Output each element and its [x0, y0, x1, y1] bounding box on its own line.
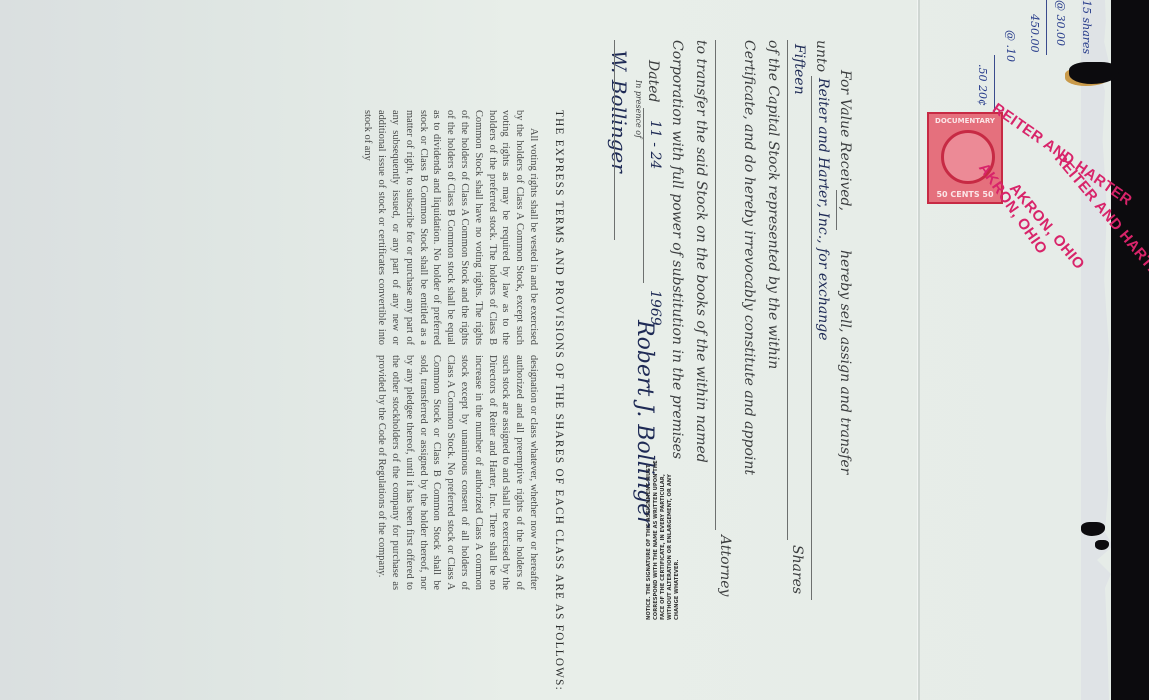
fold-line [918, 0, 920, 700]
note-shares: 15 shares [1080, 0, 1093, 54]
note-subtotal: 450.00 [1028, 14, 1041, 53]
share-count: Fifteen [791, 44, 807, 95]
assignee-name: Reiter and Harter, Inc., for exchange [815, 78, 831, 341]
document-page: reed 15 shares @ 30.00 450.00 @ .10 .50 … [0, 0, 1149, 700]
note-rate: @ .10 [1004, 30, 1017, 62]
note-price: @ 30.00 [1054, 0, 1067, 46]
note-tax: .50 20¢ [976, 64, 989, 106]
date-handwritten: 11 - 24 [647, 120, 663, 169]
witness-signature: W. Bollinger [607, 50, 631, 173]
terms-paragraph-column-1: All voting rights shall be vested in and… [361, 110, 540, 345]
terms-paragraph-column-2: designation or class whatever, whether n… [374, 355, 540, 590]
margin-notes: reed 15 shares @ 30.00 450.00 @ .10 .50 … [929, 0, 1089, 120]
scan-background [1111, 0, 1149, 700]
terms-heading: THE EXPRESS TERMS AND PROVISIONS OF THE … [549, 110, 565, 610]
signature-notice: NOTICE. THE SIGNATURE OF THIS ASSIGNMENT… [646, 460, 681, 620]
